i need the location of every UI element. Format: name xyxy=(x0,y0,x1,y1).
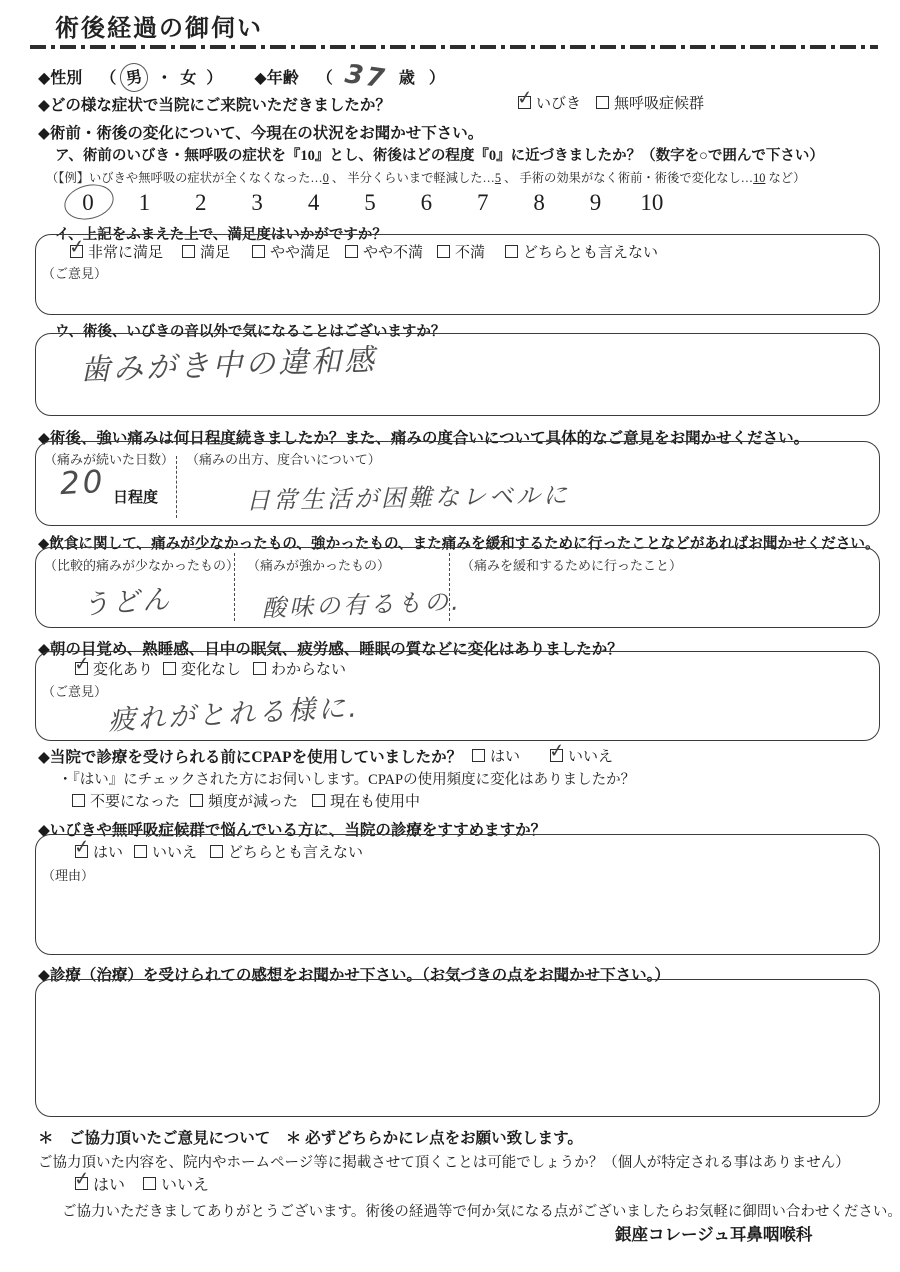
age-paren-open: （ xyxy=(317,70,333,87)
satisfaction-option-2[interactable]: やや満足 xyxy=(252,241,330,262)
eating-col2-handwritten: 酸味の有るもの. xyxy=(261,582,462,624)
satisfaction-option-1[interactable]: 満足 xyxy=(182,241,230,262)
neither-label: どちらとも言えない xyxy=(523,241,658,262)
consent-option-yes[interactable]: はい xyxy=(75,1172,125,1195)
scale-9[interactable]: 9 xyxy=(576,190,616,216)
scale-6[interactable]: 6 xyxy=(406,190,446,216)
cpap-followup-option-1[interactable]: 頻度が減った xyxy=(190,790,298,811)
cpap-no-label: いいえ xyxy=(568,745,613,766)
title-divider xyxy=(30,45,878,49)
gender-paren-open: （ xyxy=(100,70,116,87)
unknown-label: わからない xyxy=(271,658,346,679)
dissatisfied-checkbox[interactable] xyxy=(437,245,450,258)
somewhat-dissatisfied-label: やや不満 xyxy=(363,241,423,262)
symptom-option-apnea[interactable]: 無呼吸症候群 xyxy=(596,92,704,113)
cpap-option-yes[interactable]: はい xyxy=(472,745,520,766)
scale-8[interactable]: 8 xyxy=(519,190,559,216)
pain-degree-label: （痛みの出方、度合いについて） xyxy=(186,449,381,468)
symptom-option-snoring[interactable]: いびき xyxy=(518,92,581,113)
recommend-option-no[interactable]: いいえ xyxy=(134,841,197,862)
satisfaction-option-0[interactable]: 非常に満足 xyxy=(70,241,163,262)
age-unit: 歳 xyxy=(399,70,415,87)
scale-3[interactable]: 3 xyxy=(237,190,277,216)
frequency-decreased-label: 頻度が減った xyxy=(208,790,298,811)
change-sub-a: ア、術前のいびき・無呼吸の症状を『10』とし、術後はどの程度『0』に近づきました… xyxy=(55,144,824,165)
satisfaction-option-4[interactable]: 不満 xyxy=(437,241,485,262)
eating-col1-handwritten: うどん xyxy=(81,577,174,622)
recommend-yes-label: はい xyxy=(93,841,123,862)
satisfaction-comment-label: （ご意見） xyxy=(42,263,107,282)
still-using-checkbox[interactable] xyxy=(312,794,325,807)
consent-yes-label: はい xyxy=(93,1172,125,1195)
change-example-line: （【例】いびきや無呼吸の症状が全くなくなった…0 、 半分くらいまで軽減した…5… xyxy=(46,168,805,186)
sleep-option-1[interactable]: 変化なし xyxy=(163,658,241,679)
somewhat-dissatisfied-checkbox[interactable] xyxy=(345,245,358,258)
gender-separator: ・ xyxy=(156,70,172,87)
consent-heading: ＊ ご協力頂いたご意見について ＊ 必ずどちらかにレ点をお願い致します。 xyxy=(38,1126,583,1148)
satisfaction-option-3[interactable]: やや不満 xyxy=(345,241,423,262)
questionnaire-page: 術後経過の御伺い ◆性別 （ 男 ・ 女 ） ◆年齢 （ 37 歳 ） ◆どの様… xyxy=(0,0,900,1272)
gender-paren-close: ） xyxy=(206,70,222,87)
example-num3: 10 xyxy=(753,171,765,185)
no-change-label: 変化なし xyxy=(181,658,241,679)
apnea-checkbox[interactable] xyxy=(596,96,609,109)
scale-0[interactable]: 0 xyxy=(68,190,108,216)
scale-4[interactable]: 4 xyxy=(294,190,334,216)
recommend-reason-label: （理由） xyxy=(42,865,94,884)
example-seg1: （【例】いびきや無呼吸の症状が全くなくなった… xyxy=(46,171,323,185)
somewhat-satisfied-label: やや満足 xyxy=(270,241,330,262)
snoring-label: いびき xyxy=(536,92,581,113)
symptom-question: ◆どの様な症状で当院にご来院いただきましたか？ xyxy=(38,93,391,115)
eating-col1-label: （比較的痛みが少なかったもの） xyxy=(44,555,239,574)
consent-question: ご協力頂いた内容を、院内やホームページ等に掲載させて頂くことは可能でしょうか？（… xyxy=(38,1151,850,1172)
snoring-checkbox[interactable] xyxy=(518,96,531,109)
sleep-option-0[interactable]: 変化あり xyxy=(75,658,153,679)
consent-heading-2: ＊ 必ずどちらかにレ点をお願い致します。 xyxy=(286,1130,583,1147)
no-change-checkbox[interactable] xyxy=(163,662,176,675)
clinic-name: 銀座コレージュ耳鼻咽喉科 xyxy=(615,1221,812,1245)
sleep-comment-label: （ご意見） xyxy=(42,681,107,700)
very-satisfied-checkbox[interactable] xyxy=(70,245,83,258)
very-satisfied-label: 非常に満足 xyxy=(88,241,163,262)
cpap-option-no[interactable]: いいえ xyxy=(550,745,613,766)
sleep-option-2[interactable]: わからない xyxy=(253,658,346,679)
recommend-no-label: いいえ xyxy=(152,841,197,862)
consent-no-checkbox[interactable] xyxy=(143,1177,156,1190)
consent-option-no[interactable]: いいえ xyxy=(143,1172,209,1195)
neither-checkbox[interactable] xyxy=(505,245,518,258)
pain-degree-handwritten: 日常生活が困難なレベルに xyxy=(246,475,571,516)
unknown-checkbox[interactable] xyxy=(253,662,266,675)
satisfaction-option-5[interactable]: どちらとも言えない xyxy=(505,241,658,262)
still-using-label: 現在も使用中 xyxy=(330,790,420,811)
example-seg2: 、 半分くらいまで軽減した… xyxy=(329,171,495,185)
scale-5[interactable]: 5 xyxy=(350,190,390,216)
cpap-question: ◆当院で診療を受けられる前にCPAPを使用していましたか？ xyxy=(38,745,462,767)
pain-days-unit: 日程度 xyxy=(113,486,158,507)
no-longer-needed-label: 不要になった xyxy=(90,790,180,811)
pain-column-divider xyxy=(176,456,177,518)
satisfied-checkbox[interactable] xyxy=(182,245,195,258)
scale-10[interactable]: 10 xyxy=(632,190,672,216)
gender-male-circled[interactable]: 男 xyxy=(118,61,151,94)
cpap-yes-label: はい xyxy=(490,745,520,766)
example-seg4: など） xyxy=(765,171,805,185)
recommend-option-neither[interactable]: どちらとも言えない xyxy=(210,841,363,862)
page-title: 術後経過の御伺い xyxy=(55,8,263,43)
consent-no-label: いいえ xyxy=(161,1172,209,1195)
cpap-followup-option-2[interactable]: 現在も使用中 xyxy=(312,790,420,811)
cpap-followup-option-0[interactable]: 不要になった xyxy=(72,790,180,811)
age-value-handwritten: 37 xyxy=(343,59,389,95)
profile-row: ◆性別 （ 男 ・ 女 ） ◆年齢 （ 37 歳 ） xyxy=(38,60,445,92)
scale-7[interactable]: 7 xyxy=(463,190,503,216)
frequency-decreased-checkbox[interactable] xyxy=(190,794,203,807)
change-heading: ◆術前・術後の変化について、今現在の状況をお聞かせ下さい。 xyxy=(38,121,483,143)
recommend-option-yes[interactable]: はい xyxy=(75,841,123,862)
age-label: ◆年齢 xyxy=(254,70,298,87)
consent-thanks: ご協力いただきましてありがとうございます。術後の経過等で何か気になる点がございま… xyxy=(62,1200,900,1221)
consent-heading-1: ＊ ご協力頂いたご意見について xyxy=(38,1130,286,1147)
changed-checkbox[interactable] xyxy=(75,662,88,675)
changed-label: 変化あり xyxy=(93,658,153,679)
severity-scale: 0 1 2 3 4 5 6 7 8 9 10 xyxy=(68,190,672,216)
cpap-yes-checkbox[interactable] xyxy=(472,749,485,762)
recommend-no-checkbox[interactable] xyxy=(134,845,147,858)
somewhat-satisfied-checkbox[interactable] xyxy=(252,245,265,258)
cpap-followup: ・『はい』にチェックされた方にお伺いします。CPAPの使用頻度に変化はありました… xyxy=(58,768,635,789)
consent-yes-checkbox[interactable] xyxy=(75,1177,88,1190)
eating-col2-label: （痛みが強かったもの） xyxy=(247,555,390,574)
example-seg3: 、 手術の効果がなく術前・術後で変化なし… xyxy=(501,171,753,185)
recommend-neither-label: どちらとも言えない xyxy=(228,841,363,862)
dissatisfied-label: 不満 xyxy=(455,241,485,262)
recommend-yes-checkbox[interactable] xyxy=(75,845,88,858)
satisfied-label: 満足 xyxy=(200,241,230,262)
apnea-label: 無呼吸症候群 xyxy=(614,92,704,113)
no-longer-needed-checkbox[interactable] xyxy=(72,794,85,807)
gender-label: ◆性別 xyxy=(38,70,82,87)
impression-box[interactable] xyxy=(35,979,880,1117)
cpap-no-checkbox[interactable] xyxy=(550,749,563,762)
age-paren-close: ） xyxy=(429,70,445,87)
eating-col3-label: （痛みを緩和するために行ったこと） xyxy=(461,555,682,574)
gender-female[interactable]: 女 xyxy=(180,70,196,87)
scale-2[interactable]: 2 xyxy=(181,190,221,216)
recommend-neither-checkbox[interactable] xyxy=(210,845,223,858)
scale-1[interactable]: 1 xyxy=(124,190,164,216)
pain-days-handwritten: 20 xyxy=(59,464,106,502)
